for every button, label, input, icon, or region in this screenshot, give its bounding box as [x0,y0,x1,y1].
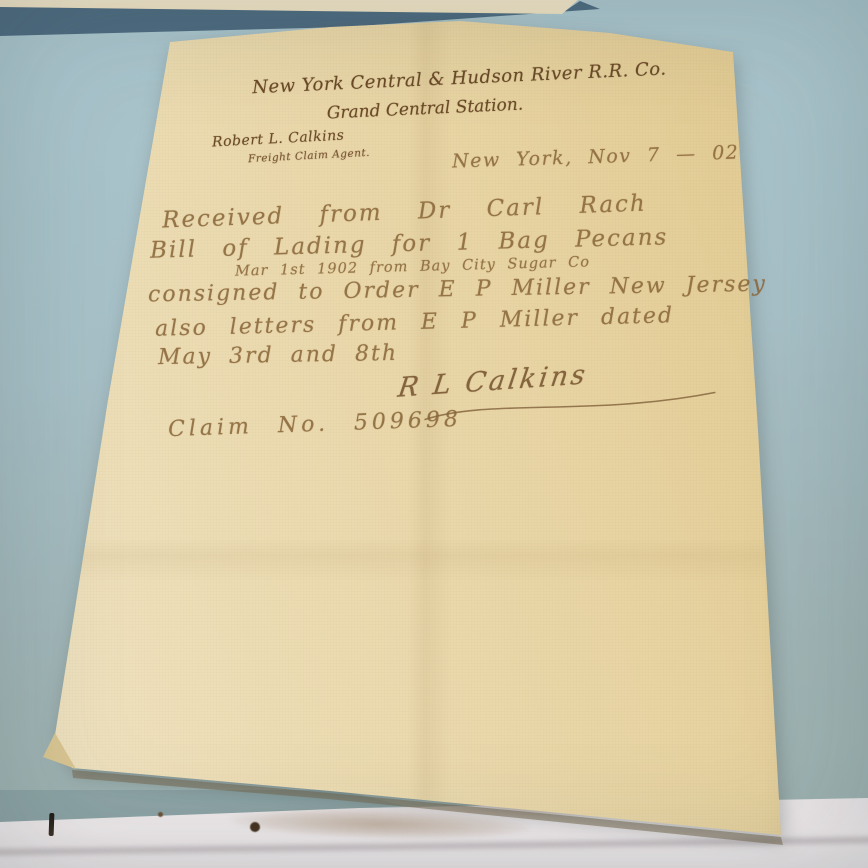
paper-creases [0,0,868,868]
body-line-5: May 3rd and 8th [158,341,398,370]
letter-paper-wrap [0,0,868,868]
letter-paper [0,0,868,868]
photo-scene: New York Central & Hudson River R.R. Co.… [0,0,868,868]
